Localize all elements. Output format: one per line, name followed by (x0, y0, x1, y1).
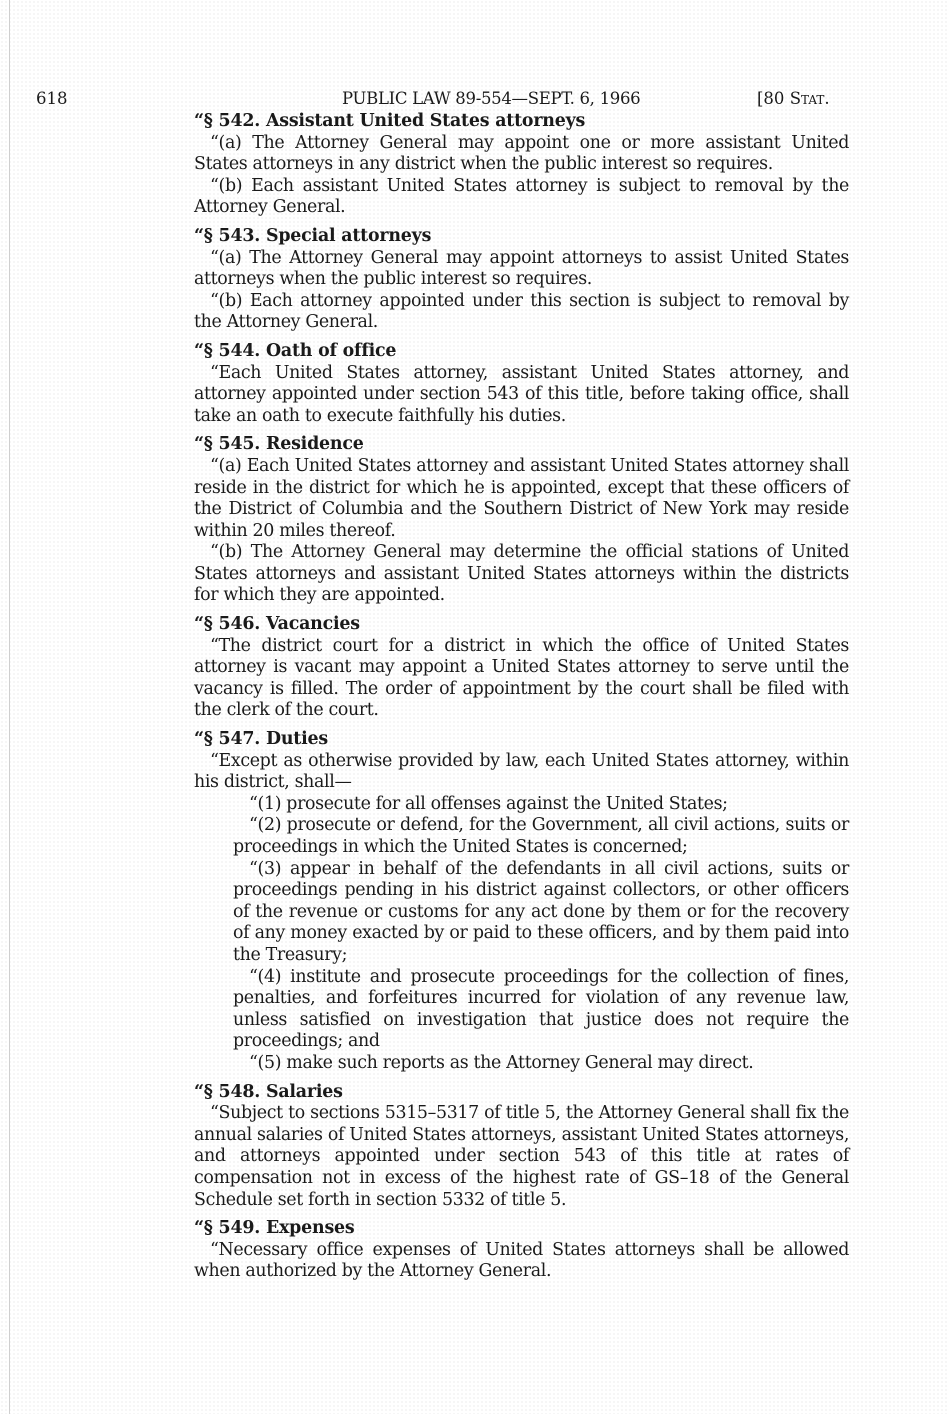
paragraph: “(b) Each assistant United States attorn… (194, 176, 849, 219)
list-item: “(2) prosecute or defend, for the Govern… (233, 815, 849, 858)
paragraph: “(a) The Attorney General may appoint on… (194, 133, 849, 176)
page-edge (9, 0, 10, 1414)
paragraph: “(a) Each United States attorney and ass… (194, 456, 849, 542)
section-heading: “§ 546. Vacancies (194, 614, 849, 636)
section-544: “§ 544. Oath of office “Each United Stat… (194, 341, 849, 427)
paragraph: “The district court for a district in wh… (194, 636, 849, 722)
section-546: “§ 546. Vacancies “The district court fo… (194, 614, 849, 722)
section-heading: “§ 544. Oath of office (194, 341, 849, 363)
paragraph: “Each United States attorney, assistant … (194, 363, 849, 428)
document-body: “§ 542. Assistant United States attorney… (194, 104, 849, 1283)
paragraph: “Except as otherwise provided by law, ea… (194, 751, 849, 794)
paragraph: “Necessary office expenses of United Sta… (194, 1240, 849, 1283)
section-heading: “§ 549. Expenses (194, 1218, 849, 1240)
section-heading: “§ 545. Residence (194, 434, 849, 456)
section-heading: “§ 547. Duties (194, 729, 849, 751)
section-heading: “§ 548. Salaries (194, 1082, 849, 1104)
paragraph: “(b) The Attorney General may determine … (194, 542, 849, 607)
page-number: 618 (36, 89, 68, 108)
section-heading: “§ 542. Assistant United States attorney… (194, 111, 849, 133)
list-item: “(3) appear in behalf of the defendants … (233, 859, 849, 967)
list-item: “(4) institute and prosecute proceedings… (233, 967, 849, 1053)
section-549: “§ 549. Expenses “Necessary office expen… (194, 1218, 849, 1283)
list-item: “(1) prosecute for all offenses against … (233, 794, 849, 816)
list-item: “(5) make such reports as the Attorney G… (233, 1053, 849, 1075)
paragraph: “Subject to sections 5315–5317 of title … (194, 1103, 849, 1211)
section-heading: “§ 543. Special attorneys (194, 226, 849, 248)
paragraph: “(b) Each attorney appointed under this … (194, 291, 849, 334)
section-548: “§ 548. Salaries “Subject to sections 53… (194, 1082, 849, 1212)
paragraph: “(a) The Attorney General may appoint at… (194, 248, 849, 291)
section-543: “§ 543. Special attorneys “(a) The Attor… (194, 226, 849, 334)
section-547: “§ 547. Duties “Except as otherwise prov… (194, 729, 849, 1075)
section-545: “§ 545. Residence “(a) Each United State… (194, 434, 849, 607)
section-542: “§ 542. Assistant United States attorney… (194, 111, 849, 219)
